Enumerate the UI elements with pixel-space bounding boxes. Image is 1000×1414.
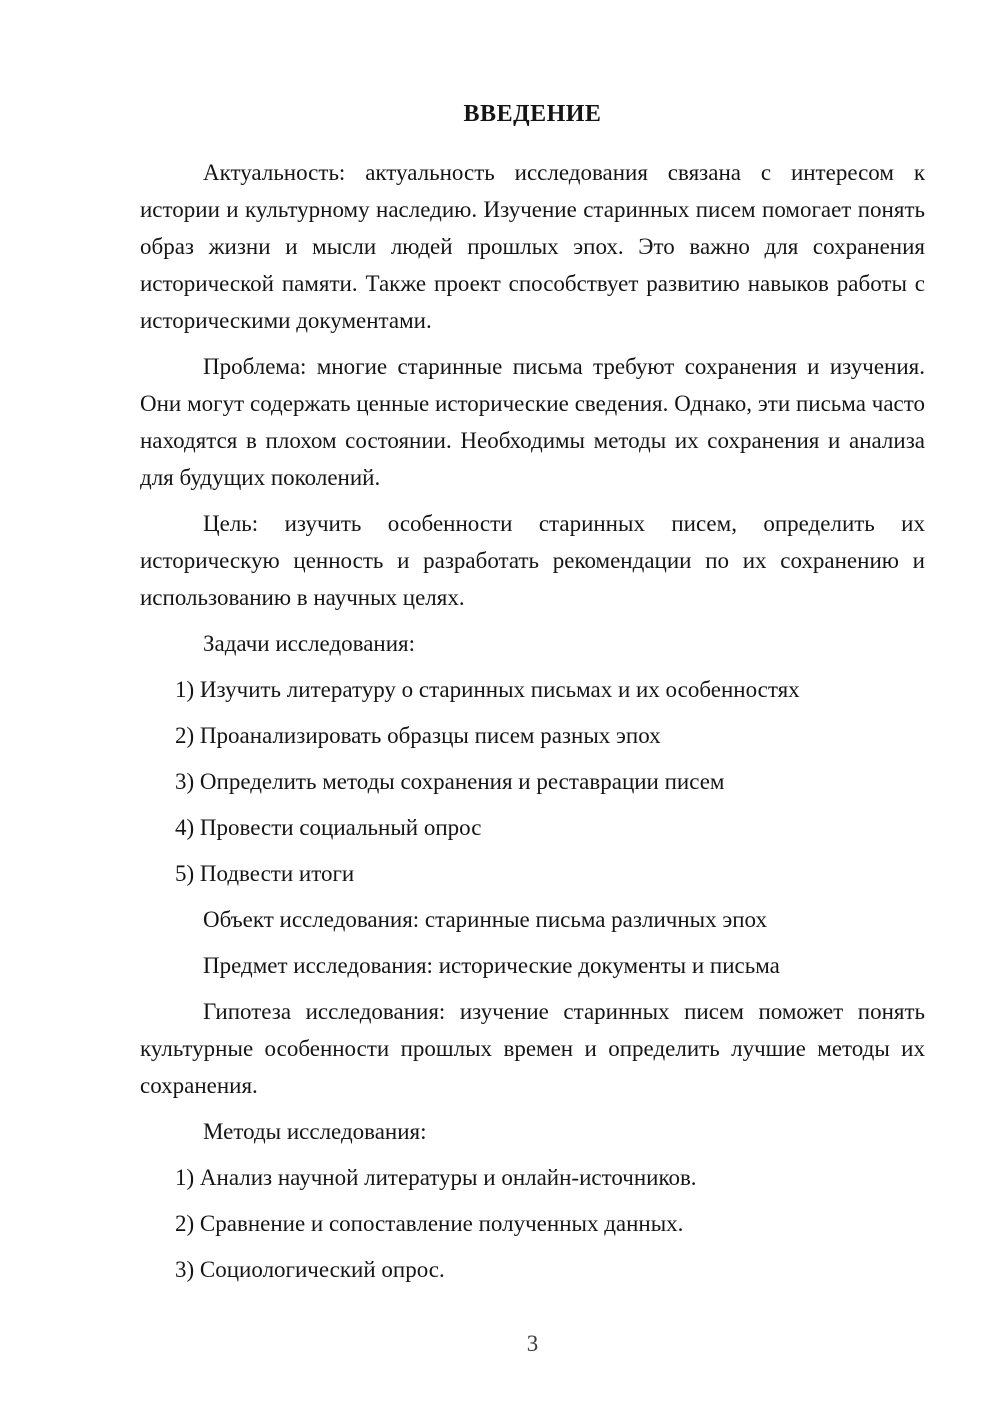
page-number: 3 bbox=[140, 1330, 925, 1358]
task-item: 3) Определить методы сохранения и рестав… bbox=[140, 763, 925, 800]
document-title: ВВЕДЕНИЕ bbox=[140, 96, 925, 133]
paragraph-problem: Проблема: многие старинные письма требую… bbox=[140, 348, 925, 496]
task-item: 1) Изучить литературу о старинных письма… bbox=[140, 671, 925, 708]
tasks-heading: Задачи исследования: bbox=[140, 625, 925, 662]
method-item: 1) Анализ научной литературы и онлайн-ис… bbox=[140, 1159, 925, 1196]
document-content: ВВЕДЕНИЕ Актуальность: актуальность иссл… bbox=[140, 96, 925, 1297]
paragraph-subject: Предмет исследования: исторические докум… bbox=[140, 947, 925, 984]
document-page: ВВЕДЕНИЕ Актуальность: актуальность иссл… bbox=[0, 0, 1000, 1414]
method-item: 2) Сравнение и сопоставление полученных … bbox=[140, 1205, 925, 1242]
method-item: 3) Социологический опрос. bbox=[140, 1251, 925, 1288]
paragraph-goal: Цель: изучить особенности старинных писе… bbox=[140, 505, 925, 616]
task-item: 4) Провести социальный опрос bbox=[140, 809, 925, 846]
paragraph-hypothesis: Гипотеза исследования: изучение старинны… bbox=[140, 993, 925, 1104]
task-item: 2) Проанализировать образцы писем разных… bbox=[140, 717, 925, 754]
task-item: 5) Подвести итоги bbox=[140, 855, 925, 892]
methods-heading: Методы исследования: bbox=[140, 1113, 925, 1150]
paragraph-object: Объект исследования: старинные письма ра… bbox=[140, 901, 925, 938]
paragraph-actuality: Актуальность: актуальность исследования … bbox=[140, 154, 925, 339]
